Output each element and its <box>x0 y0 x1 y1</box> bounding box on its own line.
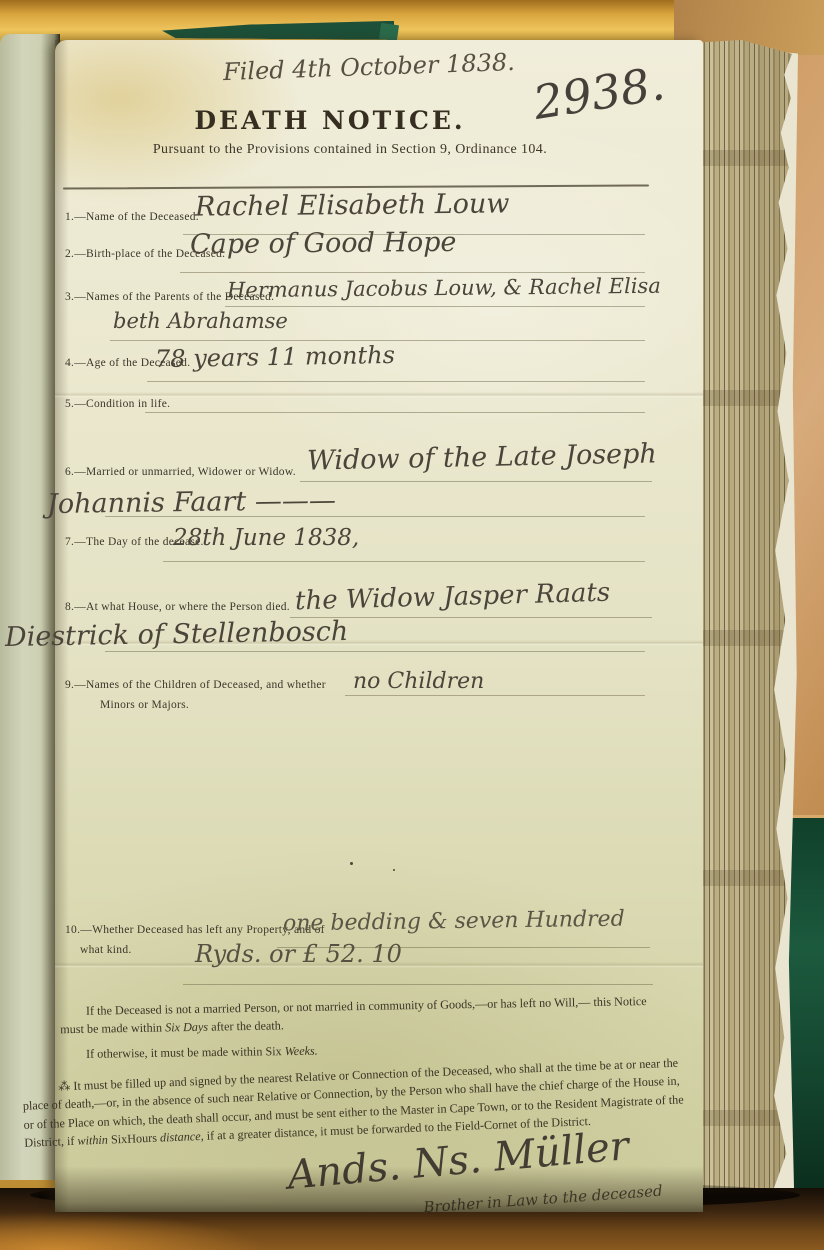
death-notice-page: Filed 4th October 1838. 2938. DEATH NOTI… <box>55 40 703 1212</box>
page-subtitle: Pursuant to the Provisions contained in … <box>75 142 625 158</box>
field-baseline <box>290 617 652 618</box>
note-italic: within <box>77 1132 108 1147</box>
document-number: 2938. <box>530 56 669 130</box>
field-baseline <box>277 947 650 948</box>
filed-annotation: Filed 4th October 1838. <box>223 48 516 86</box>
note-paragraph-1: If the Deceased is not a married Person,… <box>60 992 663 1039</box>
note-italic: Six Days <box>165 1020 208 1035</box>
asterism-mark: ⁂ <box>58 1079 74 1094</box>
note-text: If otherwise, it must be made within Six <box>86 1044 285 1061</box>
field-value-6: Widow of the Late Joseph <box>307 438 657 476</box>
left-page-edge <box>0 34 60 1180</box>
field-value-4: 78 years 11 months <box>155 341 395 373</box>
field-value-6-line2: Johannis Faart ——— <box>47 485 336 520</box>
field-baseline <box>300 481 652 482</box>
field-value-3-line2: beth Abrahamse <box>113 309 288 333</box>
field-label-9-line2: Minors or Majors. <box>100 699 189 711</box>
horizontal-rule <box>63 184 649 189</box>
field-baseline <box>145 412 645 413</box>
field-value-3: Hermanus Jacobus Louw, & Rachel Elisa <box>227 274 661 303</box>
field-label-9: 9.—Names of the Children of Deceased, an… <box>65 679 326 691</box>
field-value-8: the Widow Jasper Raats <box>295 578 611 617</box>
field-baseline <box>183 984 653 985</box>
field-value-2: Cape of Good Hope <box>190 227 457 260</box>
field-baseline <box>225 306 645 307</box>
ink-speck <box>350 862 353 865</box>
field-baseline <box>163 561 645 562</box>
field-label-1: 1.—Name of the Deceased. <box>65 211 199 223</box>
field-value-10: one bedding & seven Hundred <box>283 907 625 937</box>
field-label-8: 8.—At what House, or where the Person di… <box>65 601 290 613</box>
field-baseline <box>180 272 645 273</box>
field-baseline <box>105 516 645 517</box>
note-text: SixHours <box>108 1130 161 1146</box>
note-italic: Weeks. <box>285 1044 318 1058</box>
field-value-1: Rachel Elisabeth Louw <box>195 188 510 222</box>
field-value-7: 28th June 1838, <box>173 525 359 551</box>
page-title: DEATH NOTICE. <box>160 106 500 135</box>
field-baseline <box>345 695 645 696</box>
field-baseline <box>147 381 645 382</box>
note-text: If the Deceased is not a married Person,… <box>60 994 647 1037</box>
field-value-10-line2: Ryds. or £ 52. 10 <box>195 940 402 968</box>
field-label-5: 5.—Condition in life. <box>65 398 170 410</box>
field-label-6: 6.—Married or unmarried, Widower or Wido… <box>65 466 296 478</box>
field-label-10-line2: what kind. <box>80 944 132 956</box>
field-value-8-line2: Diestrick of Stellenbosch <box>5 616 349 653</box>
note-italic: distance, <box>160 1129 204 1145</box>
photographed-death-notice-book: Filed 4th October 1838. 2938. DEATH NOTI… <box>0 0 824 1250</box>
book-binding-cloth-scrap <box>379 23 399 41</box>
field-baseline <box>105 651 645 652</box>
field-value-9: no Children <box>353 669 484 694</box>
ink-speck <box>393 869 395 871</box>
note-text: after the death. <box>208 1019 284 1034</box>
